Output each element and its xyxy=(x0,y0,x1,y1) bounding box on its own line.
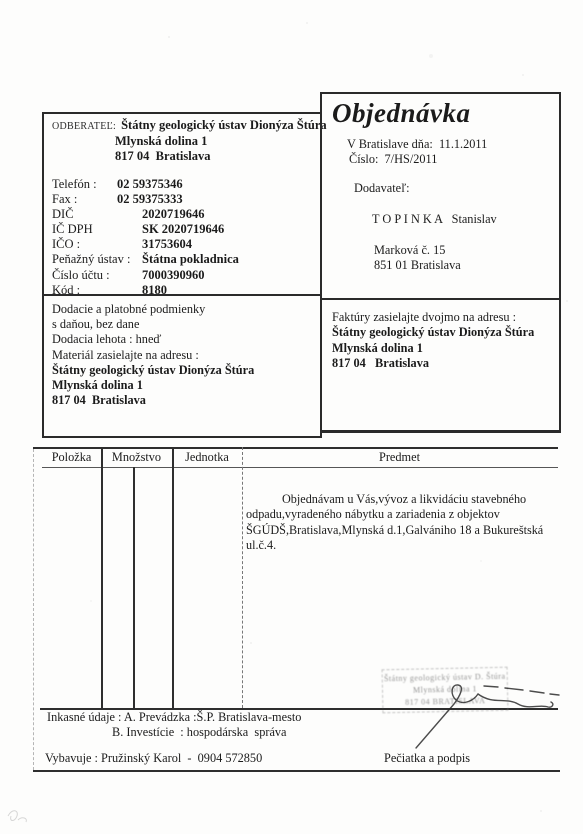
customer-address2: 817 04 Bratislava xyxy=(115,149,327,164)
delivery-address1: Mlynská dolina 1 xyxy=(52,378,254,393)
signature-scribble xyxy=(398,652,568,757)
order-subject-text: Objednávam u Vás,vývoz a likvidáciu stav… xyxy=(246,492,548,554)
inkasne-line1: Inkasné údaje : A. Prevádzka :Š.P. Brati… xyxy=(47,710,301,725)
delivery-name: Štátny geologický ústav Dionýza Štúra xyxy=(52,363,254,378)
invoice-address: Faktúry zasielajte dvojmo na adresu : Št… xyxy=(332,310,534,372)
col-header-mnozstvo: Množstvo xyxy=(101,450,172,465)
table-col-rule-1 xyxy=(101,447,103,708)
invoice-name: Štátny geologický ústav Dionýza Štúra xyxy=(332,325,534,340)
customer-label: ODBERATEĽ: xyxy=(52,119,116,134)
supplier-label: Dodavateľ: xyxy=(354,181,410,196)
supplier-address1: Marková č. 15 xyxy=(374,243,445,258)
contact-row-icdph: IČ DPH SK 2020719646 xyxy=(52,222,239,237)
subject-line-3: ŠGÚDŠ,Bratislava,Mlynská d.1,Galvániho 1… xyxy=(246,523,548,538)
pencil-mark xyxy=(4,796,38,828)
delivery-line3: Dodacia lehota : hneď xyxy=(52,332,254,347)
contact-row-dic: DIČ 2020719646 xyxy=(52,207,239,222)
delivery-line4: Materiál zasielajte na adresu : xyxy=(52,348,254,363)
scan-noise xyxy=(0,0,2,2)
table-col-rule-2 xyxy=(133,467,135,708)
subject-line-4: ul.č.4. xyxy=(246,538,548,553)
subject-line-2: odpadu,vyradeného nábytku a zariadenia z… xyxy=(246,507,548,522)
scanned-order-page: ODBERATEĽ: Štátny geologický ústav Dioný… xyxy=(0,0,583,834)
order-date: V Bratislave dňa: 11.1.2011 xyxy=(347,137,487,152)
order-box: Objednávka V Bratislave dňa: 11.1.2011 Č… xyxy=(320,92,561,433)
contact-row-bank: Peňažný ústav : Štátna pokladnica xyxy=(52,252,239,267)
invoice-line1: Faktúry zasielajte dvojmo na adresu : xyxy=(332,310,534,325)
order-box-divider xyxy=(322,298,559,300)
page-bottom-rule xyxy=(33,770,560,772)
order-title: Objednávka xyxy=(332,98,470,129)
inkasne-line2: B. Investície : hospodárska správa xyxy=(112,725,287,740)
contact-row-account: Číslo účtu : 7000390960 xyxy=(52,268,239,283)
col-header-polozka: Položka xyxy=(42,450,101,465)
delivery-line1: Dodacie a platobné podmienky xyxy=(52,302,254,317)
vybavuje-line: Vybavuje : Pružinský Karol - 0904 572850 xyxy=(45,751,262,766)
customer-address1: Mlynská dolina 1 xyxy=(115,134,327,149)
table-col-rule-3 xyxy=(172,447,174,708)
contact-row-ico: IČO : 31753604 xyxy=(52,237,239,252)
supplier-address2: 851 01 Bratislava xyxy=(374,258,461,273)
customer-box-divider xyxy=(44,294,320,296)
contact-row-fax: Fax : 02 59375333 xyxy=(52,192,239,207)
delivery-address2: 817 04 Bratislava xyxy=(52,393,254,408)
col-header-jednotka: Jednotka xyxy=(172,450,242,465)
customer-contacts: Telefón : 02 59375346 Fax : 02 59375333 … xyxy=(52,177,239,298)
table-left-edge xyxy=(33,449,34,770)
col-header-predmet: Predmet xyxy=(242,450,557,465)
invoice-address2: 817 04 Bratislava xyxy=(332,356,534,371)
subject-line-1: Objednávam u Vás,vývoz a likvidáciu stav… xyxy=(246,492,548,507)
invoice-address1: Mlynská dolina 1 xyxy=(332,341,534,356)
table-col-rule-4 xyxy=(242,447,243,708)
customer-name: Štátny geologický ústav Dionýza Štúra xyxy=(121,118,327,133)
customer-header: ODBERATEĽ: Štátny geologický ústav Dioný… xyxy=(52,118,327,164)
delivery-terms: Dodacie a platobné podmienky s daňou, be… xyxy=(52,302,254,408)
order-number: Číslo: 7/HS/2011 xyxy=(349,152,437,167)
supplier-name: T O P I N K A Stanislav xyxy=(372,212,497,227)
customer-box: ODBERATEĽ: Štátny geologický ústav Dioný… xyxy=(42,112,322,438)
table-header-rule xyxy=(42,467,558,468)
table-top-rule xyxy=(33,447,558,449)
contact-row-phone: Telefón : 02 59375346 xyxy=(52,177,239,192)
delivery-line2: s daňou, bez dane xyxy=(52,317,254,332)
